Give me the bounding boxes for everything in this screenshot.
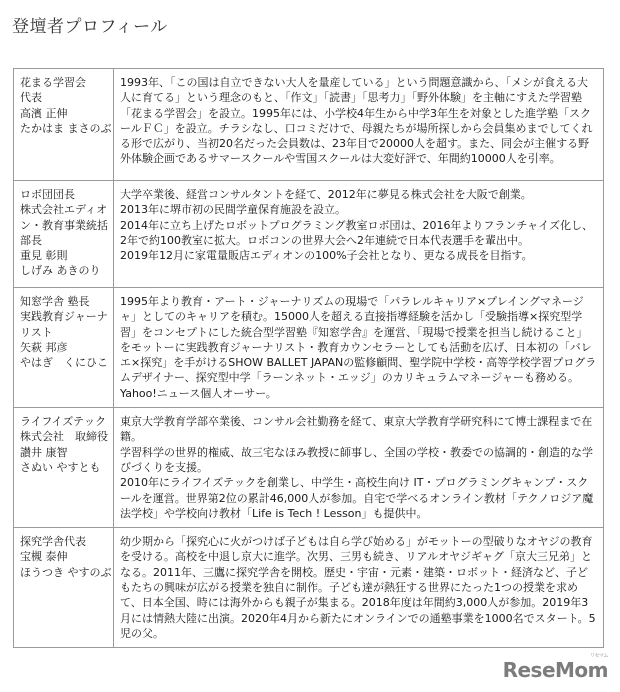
- table-row: 花まる学習会 代表 高濱 正伸 たかはま まさのぶ 1993年、「この国は自立で…: [14, 69, 604, 181]
- speaker-name-cell: ロボ団団長 株式会社エディオ ン・教育事業統括 部長 重見 彰則 しげみ あきの…: [14, 181, 114, 288]
- speaker-title-line: ロボ団団長: [20, 187, 107, 202]
- bio-paragraph: 2013年に堺市初の民間学童保育施設を設立。: [120, 202, 597, 217]
- speaker-name-reading: ほうつき やすのぶ: [20, 565, 107, 580]
- speaker-organization: 花まる学習会: [20, 75, 107, 90]
- bio-paragraph: 1995年より教育・アート・ジャーナリズムの現場で「パラレルキャリア×プレイング…: [120, 294, 597, 401]
- speaker-organization: ン・教育事業統括: [20, 218, 107, 233]
- speaker-role: 部長: [20, 233, 107, 248]
- bio-paragraph: 学習科学の世界的権威、故三宅なほみ教授に師事し、全国の学校・教委での協調的・創造…: [120, 445, 597, 476]
- bio-paragraph: 幼少期から「探究心に火がつけば子どもは自ら学び始める」がモットーの型破りなオヤジ…: [120, 534, 597, 641]
- speaker-name: 矢萩 邦彦: [20, 340, 107, 355]
- speaker-name-cell: 探究学舎代表 宝槻 泰伸 ほうつき やすのぶ: [14, 528, 114, 648]
- table-row: 探究学舎代表 宝槻 泰伸 ほうつき やすのぶ 幼少期から「探究心に火がつけば子ど…: [14, 528, 604, 648]
- logo-text: ReseMom: [503, 658, 608, 682]
- table-row: ロボ団団長 株式会社エディオ ン・教育事業統括 部長 重見 彰則 しげみ あきの…: [14, 181, 604, 288]
- speaker-name-cell: 知窓学舎 塾長 実践教育ジャーナ リスト 矢萩 邦彦 やはぎ くにひこ: [14, 288, 114, 408]
- bio-paragraph: 大学卒業後、経営コンサルタントを経て、2012年に夢見る株式会社を大阪で創業。: [120, 187, 597, 202]
- page-title: 登壇者プロフィール: [12, 12, 168, 37]
- table-row: 知窓学舎 塾長 実践教育ジャーナ リスト 矢萩 邦彦 やはぎ くにひこ 1995…: [14, 288, 604, 408]
- speaker-name-reading: しげみ あきのり: [20, 263, 107, 278]
- speaker-role: 株式会社 取締役: [20, 429, 107, 444]
- logo-kana: リセマム: [590, 652, 608, 659]
- speaker-organization: ライフイズテック: [20, 414, 107, 429]
- speaker-organization: 知窓学舎 塾長: [20, 294, 107, 309]
- speaker-role: 代表: [20, 90, 107, 105]
- speaker-role: 実践教育ジャーナ: [20, 309, 107, 324]
- speaker-name-cell: 花まる学習会 代表 高濱 正伸 たかはま まさのぶ: [14, 69, 114, 181]
- speaker-name: 宝槻 泰伸: [20, 549, 107, 564]
- speaker-name-reading: たかはま まさのぶ: [20, 121, 107, 136]
- speaker-name: 重見 彰則: [20, 248, 107, 263]
- resemom-logo: ReseMom リセマム: [503, 658, 608, 682]
- speaker-bio-cell: 幼少期から「探究心に火がつけば子どもは自ら学び始める」がモットーの型破りなオヤジ…: [114, 528, 604, 648]
- speaker-role: リスト: [20, 325, 107, 340]
- bio-paragraph: 2010年にライフイズテックを創業し、中学生・高校生向け IT・プログラミングキ…: [120, 475, 597, 521]
- speaker-organization: 株式会社エディオ: [20, 202, 107, 217]
- table-row: ライフイズテック 株式会社 取締役 讃井 康智 さぬい やすとも 東京大学教育学…: [14, 408, 604, 528]
- speaker-bio-cell: 1993年、「この国は自立できない大人を量産している」という問題意識から、「メシ…: [114, 69, 604, 181]
- speaker-name-reading: やはぎ くにひこ: [20, 355, 107, 370]
- speaker-bio-cell: 東京大学教育学部卒業後、コンサル会社勤務を経て、東京大学教育学研究科にて博士課程…: [114, 408, 604, 528]
- bio-paragraph: 2014年に立ち上げたロボットプログラミング教室ロボ団は、2016年よりフランチ…: [120, 218, 597, 249]
- speaker-name-reading: さぬい やすとも: [20, 460, 107, 475]
- speaker-bio-cell: 大学卒業後、経営コンサルタントを経て、2012年に夢見る株式会社を大阪で創業。 …: [114, 181, 604, 288]
- speaker-name-cell: ライフイズテック 株式会社 取締役 讃井 康智 さぬい やすとも: [14, 408, 114, 528]
- bio-paragraph: 2019年12月に家電量販店エディオンの100%子会社となり、更なる成長を目指す…: [120, 248, 597, 263]
- speaker-name: 高濱 正伸: [20, 106, 107, 121]
- speaker-bio-cell: 1995年より教育・アート・ジャーナリズムの現場で「パラレルキャリア×プレイング…: [114, 288, 604, 408]
- speaker-profile-table: 花まる学習会 代表 高濱 正伸 たかはま まさのぶ 1993年、「この国は自立で…: [13, 68, 604, 648]
- speaker-organization: 探究学舎代表: [20, 534, 107, 549]
- bio-paragraph: 1993年、「この国は自立できない大人を量産している」という問題意識から、「メシ…: [120, 75, 597, 167]
- speaker-name: 讃井 康智: [20, 445, 107, 460]
- bio-paragraph: 東京大学教育学部卒業後、コンサル会社勤務を経て、東京大学教育学研究科にて博士課程…: [120, 414, 597, 445]
